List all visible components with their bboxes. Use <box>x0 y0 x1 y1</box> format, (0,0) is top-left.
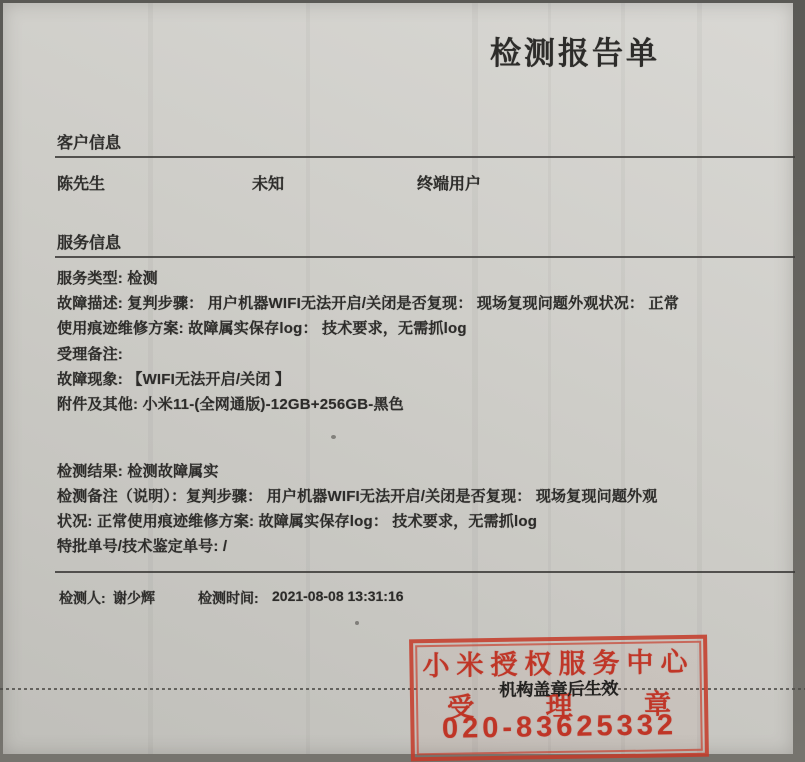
paper-crease <box>306 3 310 754</box>
customer-contact: 未知 <box>252 171 284 194</box>
acceptance-note-line: 受理备注: <box>57 343 123 364</box>
test-time-value: 2021-08-08 13:31:16 <box>272 588 404 604</box>
inspector-name: 谢少辉 <box>113 588 155 608</box>
service-center-stamp: 小米授权服务中心 机构盖章后生效 受 理 章 020-83625332 <box>409 635 709 762</box>
customer-divider <box>55 156 795 158</box>
usage-trace-line: 使用痕迹维修方案: 故障属实保存log： 技术要求，无需抓log <box>57 317 467 338</box>
test-result-line: 检测结果: 检测故障属实 <box>57 460 219 481</box>
test-note-line-2: 状况: 正常使用痕迹维修方案: 故障属实保存log： 技术要求，无需抓log <box>57 510 537 531</box>
report-title: 检测报告单 <box>490 28 660 73</box>
customer-user-type: 终端用户 <box>417 171 481 194</box>
service-divider <box>55 256 795 258</box>
stamp-phone-number: 020-83625332 <box>414 709 704 747</box>
customer-name: 陈先生 <box>57 171 105 194</box>
fault-phenomenon-line: 故障现象: 【WIFI无法开启/关闭 】 <box>57 368 290 389</box>
report-photo: 检测报告单 客户信息 陈先生 未知 终端用户 服务信息 服务类型: 检测 故障描… <box>0 0 805 762</box>
attachments-line: 附件及其他: 小米11-(全网通版)-12GB+256GB-黑色 <box>57 393 404 414</box>
service-type-line: 服务类型: 检测 <box>57 267 158 288</box>
customer-section-heading: 客户信息 <box>57 130 121 153</box>
stamp-effective-note: 机构盖章后生效 <box>414 673 704 703</box>
approval-number-line: 特批单号/技术鉴定单号: / <box>57 535 227 556</box>
test-note-line-1: 检测备注（说明）：复判步骤： 用户机器WIFI无法开启/关闭是否复现： 现场复现… <box>57 485 657 506</box>
ink-smudge <box>355 621 359 625</box>
test-time-label: 检测时间: <box>198 588 259 608</box>
fault-description-line: 故障描述: 复判步骤： 用户机器WIFI无法开启/关闭是否复现： 现场复现问题外… <box>57 292 679 313</box>
inspector-label: 检测人: <box>59 588 106 608</box>
footer-divider <box>55 571 795 573</box>
ink-smudge <box>331 435 336 439</box>
service-section-heading: 服务信息 <box>57 230 121 253</box>
